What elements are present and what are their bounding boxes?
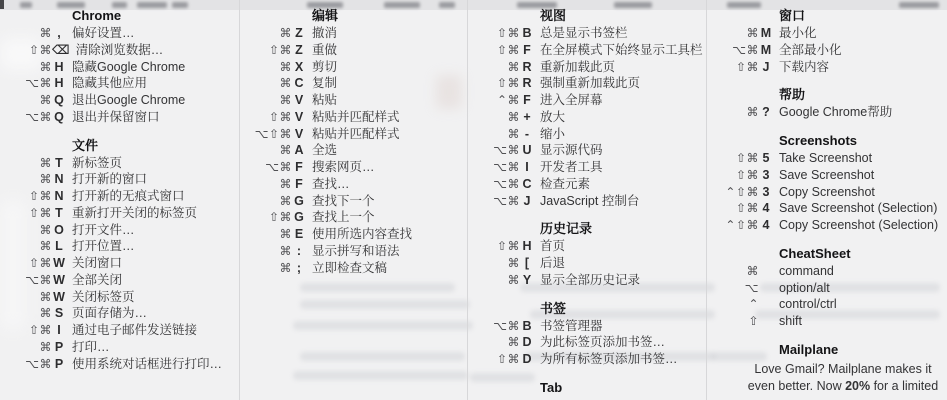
key-letter: N (52, 171, 66, 188)
shortcut-row[interactable]: ⌥⌘JJavaScript 控制台 (468, 193, 706, 210)
section-view: 视图⇧⌘B总是显示书签栏⇧⌘F在全屏模式下始终显示工具栏⌘R重新加载此页⇧⌘R强… (468, 6, 706, 209)
key-letter: F (292, 159, 306, 176)
shortcut-row[interactable]: ⌘D为此标签页添加书签… (468, 334, 706, 351)
key-letter: R (520, 59, 534, 76)
section-title-screenshots: Screenshots (707, 131, 946, 150)
section-title-edit: 编辑 (240, 6, 467, 25)
shortcut-row[interactable]: ⇧⌘I通过电子邮件发送链接 (0, 322, 239, 339)
shortcut-label: JavaScript 控制台 (540, 193, 639, 210)
section-title-chrome: Chrome (0, 6, 239, 25)
modifier-keys: ⇧⌘ (468, 42, 520, 59)
modifier-keys: ⌥⌘ (0, 109, 52, 126)
modifier-keys: ⌘ (707, 25, 759, 42)
shortcut-label: 搜索网页… (312, 159, 375, 176)
shortcut-row[interactable]: ⇧⌘G查找上一个 (240, 209, 467, 226)
key-letter: V (292, 126, 306, 143)
shortcut-row[interactable]: ⌥⌘C检查元素 (468, 176, 706, 193)
modifier-keys: ⇧⌘ (0, 205, 52, 222)
shortcut-label: Google Chrome帮助 (779, 104, 892, 121)
shortcut-row[interactable]: ⌃control/ctrl (707, 296, 946, 313)
key-letter: I (520, 159, 534, 176)
shortcut-label: 全部关闭 (72, 272, 122, 289)
shortcut-row[interactable]: ⌥⌘F搜索网页… (240, 159, 467, 176)
modifier-keys: ⇧⌘ (240, 209, 292, 226)
modifier-keys: ⌥⌘ (0, 272, 52, 289)
section-title-view: 视图 (468, 6, 706, 25)
shortcut-label: 撤消 (312, 25, 337, 42)
key-letter: F (292, 176, 306, 193)
shortcut-row[interactable]: ⌘M最小化 (707, 25, 946, 42)
key-letter: H (52, 59, 66, 76)
key-letter: ; (292, 260, 306, 277)
key-letter: D (520, 351, 534, 368)
shortcut-row[interactable]: ⇧⌘4Save Screenshot (Selection) (707, 200, 946, 217)
key-letter: S (52, 305, 66, 322)
modifier-keys: ⌘ (0, 59, 52, 76)
key-letter: U (520, 142, 534, 159)
key-letter: ? (759, 104, 773, 121)
modifier-keys: ⌘ (240, 59, 292, 76)
modifier-keys: ⌥⌘ (468, 193, 520, 210)
modifier-keys: ⌥⇧⌘ (240, 126, 292, 143)
promo-segment: for a limited (870, 379, 938, 393)
modifier-keys: ⌘ (240, 193, 292, 210)
shortcut-row[interactable]: ⇧⌘J下载内容 (707, 59, 946, 76)
shortcut-label: control/ctrl (779, 296, 837, 313)
column-view-history: 视图⇧⌘B总是显示书签栏⇧⌘F在全屏模式下始终显示工具栏⌘R重新加载此页⇧⌘R强… (468, 0, 707, 400)
section-title-history: 历史记录 (468, 219, 706, 238)
modifier-keys: ⌘ (240, 226, 292, 243)
key-letter: E (292, 226, 306, 243)
modifier-keys: ⌘ (240, 75, 292, 92)
key-letter: G (292, 193, 306, 210)
modifier-keys: ⇧⌘ (0, 255, 52, 272)
modifier-keys: ⌘ (468, 334, 520, 351)
modifier-keys: ⇧⌘ (707, 167, 759, 184)
shortcut-row[interactable]: ⇧⌘H首页 (468, 238, 706, 255)
shortcut-label: 为此标签页添加书签… (540, 334, 665, 351)
modifier-keys: ⇧⌘ (468, 25, 520, 42)
section-title-file: 文件 (0, 136, 239, 155)
column-edit: 编辑⌘Z撤消⇧⌘Z重做⌘X剪切⌘C复制⌘V粘贴⇧⌘V粘贴并匹配样式⌥⇧⌘V粘贴并… (240, 0, 468, 400)
shortcut-row[interactable]: ⌥⌘Q退出并保留窗口 (0, 109, 239, 126)
shortcut-row[interactable]: ⌘L打开位置… (0, 238, 239, 255)
key-letter: A (292, 142, 306, 159)
key-letter: C (520, 176, 534, 193)
shortcut-label: 下载内容 (779, 59, 829, 76)
shortcut-label: 显示源代码 (540, 142, 603, 159)
modifier-keys: ⌥⌘ (468, 142, 520, 159)
shortcut-label: 复制 (312, 75, 337, 92)
shortcut-label: 强制重新加载此页 (540, 75, 640, 92)
shortcut-row[interactable]: ⌘N打开新的窗口 (0, 171, 239, 188)
modifier-keys: ⌘ (0, 289, 52, 306)
column-window-help: 窗口⌘M最小化⌥⌘M全部最小化⇧⌘J下载内容帮助⌘?Google Chrome帮… (707, 0, 946, 400)
shortcut-label: 打开位置… (72, 238, 135, 255)
key-letter: V (292, 92, 306, 109)
section-help: 帮助⌘?Google Chrome帮助 (707, 85, 946, 121)
shortcut-row[interactable]: ⌘+放大 (468, 109, 706, 126)
section-history: 历史记录⇧⌘H首页⌘[后退⌘Y显示全部历史记录 (468, 219, 706, 288)
shortcut-label: 放大 (540, 109, 565, 126)
shortcut-label: 查找下一个 (312, 193, 375, 210)
shortcut-label: 隐藏其他应用 (72, 75, 147, 92)
modifier-keys: ⇧⌘ (707, 200, 759, 217)
key-letter: [ (520, 255, 534, 272)
shortcut-label: 缩小 (540, 126, 565, 143)
section-title-cheatsheet: CheatSheet (707, 244, 946, 263)
shortcut-row[interactable]: ⌘F查找… (240, 176, 467, 193)
shortcut-row[interactable]: ⌥option/alt (707, 280, 946, 297)
shortcut-label: 查找上一个 (312, 209, 375, 226)
key-letter: 3 (759, 167, 773, 184)
shortcut-label: 检查元素 (540, 176, 590, 193)
shortcut-row[interactable]: ⌘T新标签页 (0, 155, 239, 172)
shortcut-row[interactable]: ⇧⌘5Take Screenshot (707, 150, 946, 167)
key-letter: : (292, 243, 306, 260)
shortcut-label: Copy Screenshot (Selection) (779, 217, 938, 234)
key-letter: Y (520, 272, 534, 289)
shortcut-row[interactable]: ⇧⌘D为所有标签页添加书签… (468, 351, 706, 368)
shortcut-row[interactable]: ⇧⌘3Save Screenshot (707, 167, 946, 184)
key-letter: F (520, 92, 534, 109)
modifier-keys: ⌃⇧⌘ (707, 217, 759, 234)
shortcut-row[interactable]: ⇧⌘B总是显示书签栏 (468, 25, 706, 42)
key-letter: F (520, 42, 534, 59)
shortcut-columns: Chrome⌘,偏好设置…⇧⌘⌫清除浏览数据…⌘H隐藏Google Chrome… (0, 0, 947, 400)
shortcut-label: 通过电子邮件发送链接 (72, 322, 197, 339)
modifier-keys: ⌘ (707, 104, 759, 121)
promo-line: Love Gmail? Mailplane makes it (747, 361, 939, 378)
modifier-keys: ⌃ (707, 296, 759, 313)
shortcut-label: 首页 (540, 238, 565, 255)
modifier-keys: ⌘ (0, 339, 52, 356)
section-title-help: 帮助 (707, 85, 946, 104)
modifier-keys: ⌘ (0, 25, 52, 42)
shortcut-label: 查找… (312, 176, 350, 193)
shortcut-row[interactable]: ⇧⌘N打开新的无痕式窗口 (0, 188, 239, 205)
shortcut-label: 重做 (312, 42, 337, 59)
modifier-keys: ⌘ (468, 272, 520, 289)
shortcut-row[interactable]: ⌘E使用所选内容查找 (240, 226, 467, 243)
shortcut-row[interactable]: ⌘;立即检查文稿 (240, 260, 467, 277)
section-title-mailplane: Mailplane (707, 340, 946, 359)
shortcut-row[interactable]: ⌘Y显示全部历史记录 (468, 272, 706, 289)
shortcut-label: 打开文件… (72, 222, 135, 239)
modifier-keys: ⌘ (0, 238, 52, 255)
shortcut-row[interactable]: ⌥⌘U显示源代码 (468, 142, 706, 159)
shortcut-label: option/alt (779, 280, 830, 297)
key-letter: M (759, 25, 773, 42)
shortcut-row[interactable]: ⌘,偏好设置… (0, 25, 239, 42)
shortcut-row[interactable]: ⌘R重新加载此页 (468, 59, 706, 76)
modifier-keys: ⇧⌘ (240, 109, 292, 126)
shortcut-row[interactable]: ⌘?Google Chrome帮助 (707, 104, 946, 121)
shortcut-label: 全选 (312, 142, 337, 159)
key-letter: G (292, 209, 306, 226)
shortcut-row[interactable]: ⇧⌘F在全屏模式下始终显示工具栏 (468, 42, 706, 59)
column-chrome-file: Chrome⌘,偏好设置…⇧⌘⌫清除浏览数据…⌘H隐藏Google Chrome… (0, 0, 240, 400)
shortcut-label: 显示拼写和语法 (312, 243, 400, 260)
key-letter: T (52, 155, 66, 172)
modifier-keys: ⇧⌘ (707, 59, 759, 76)
modifier-keys: ⌘ (240, 260, 292, 277)
shortcut-row[interactable]: ⌃⇧⌘4Copy Screenshot (Selection) (707, 217, 946, 234)
key-letter: X (292, 59, 306, 76)
shortcut-label: 打开新的无痕式窗口 (72, 188, 185, 205)
modifier-keys: ⌘ (0, 171, 52, 188)
shortcut-label: 粘贴 (312, 92, 337, 109)
shortcut-label: 隐藏Google Chrome (72, 59, 185, 76)
shortcut-label: 使用系统对话框进行打印… (72, 356, 222, 373)
shortcut-label: 新标签页 (72, 155, 122, 172)
key-letter: - (520, 126, 534, 143)
shortcut-row[interactable]: ⇧⌘R强制重新加载此页 (468, 75, 706, 92)
section-window: 窗口⌘M最小化⌥⌘M全部最小化⇧⌘J下载内容 (707, 6, 946, 75)
shortcut-label: 进入全屏幕 (540, 92, 603, 109)
shortcut-row[interactable]: ⌘P打印… (0, 339, 239, 356)
shortcut-row[interactable]: ⌘A全选 (240, 142, 467, 159)
section-tab: Tab (468, 378, 706, 397)
shortcut-row[interactable]: ⌥⌘I开发者工具 (468, 159, 706, 176)
modifier-keys: ⌃⌘ (468, 92, 520, 109)
key-letter: 5 (759, 150, 773, 167)
key-letter: W (52, 272, 66, 289)
key-letter: H (52, 75, 66, 92)
modifier-keys: ⌘ (240, 176, 292, 193)
key-letter: V (292, 109, 306, 126)
key-letter: P (52, 356, 66, 373)
shortcut-label: 打印… (72, 339, 110, 356)
shortcut-row[interactable]: ⌃⇧⌘3Copy Screenshot (707, 184, 946, 201)
key-letter: 4 (759, 200, 773, 217)
shortcut-label: 退出并保留窗口 (72, 109, 160, 126)
shortcut-row[interactable]: ⇧shift (707, 313, 946, 330)
key-letter: R (520, 75, 534, 92)
modifier-keys: ⌥⌘ (0, 356, 52, 373)
modifier-keys: ⌘ (240, 25, 292, 42)
key-letter: 4 (759, 217, 773, 234)
section-bookmarks: 书签⌥⌘B书签管理器⌘D为此标签页添加书签…⇧⌘D为所有标签页添加书签… (468, 299, 706, 368)
shortcut-row[interactable]: ⌘-缩小 (468, 126, 706, 143)
shortcut-row[interactable]: ⌘Q退出Google Chrome (0, 92, 239, 109)
shortcut-label: 在全屏模式下始终显示工具栏 (540, 42, 703, 59)
modifier-keys: ⌥⌘ (0, 75, 52, 92)
modifier-keys: ⌥⌘ (468, 176, 520, 193)
key-letter: M (759, 42, 773, 59)
key-letter: P (52, 339, 66, 356)
modifier-keys: ⌘ (240, 243, 292, 260)
section-file: 文件⌘T新标签页⌘N打开新的窗口⇧⌘N打开新的无痕式窗口⇧⌘T重新打开关闭的标签… (0, 136, 239, 373)
key-letter: , (52, 25, 66, 42)
key-letter: D (520, 334, 534, 351)
section-title-tab: Tab (468, 378, 706, 397)
shortcut-row[interactable]: ⌥⌘H隐藏其他应用 (0, 75, 239, 92)
shortcut-label: 剪切 (312, 59, 337, 76)
modifier-keys: ⇧⌘ (0, 322, 52, 339)
modifier-keys: ⌘ (468, 126, 520, 143)
key-letter: 3 (759, 184, 773, 201)
key-letter: ⌫ (52, 42, 70, 59)
key-letter: H (520, 238, 534, 255)
modifier-keys: ⌘ (0, 222, 52, 239)
modifier-keys: ⌥⌘ (468, 318, 520, 335)
modifier-keys: ⇧⌘ (240, 42, 292, 59)
modifier-keys: ⌘ (468, 59, 520, 76)
shortcut-label: 显示全部历史记录 (540, 272, 640, 289)
key-letter: N (52, 188, 66, 205)
promo-segment: even better. Now (748, 379, 845, 393)
shortcut-row[interactable]: ⌘C复制 (240, 75, 467, 92)
section-screenshots: Screenshots⇧⌘5Take Screenshot⇧⌘3Save Scr… (707, 131, 946, 234)
shortcut-row[interactable]: ⌥⌘W全部关闭 (0, 272, 239, 289)
key-letter: B (520, 318, 534, 335)
shortcut-row[interactable]: ⌘W关闭标签页 (0, 289, 239, 306)
key-letter: J (759, 59, 773, 76)
shortcut-row[interactable]: ⌘:显示拼写和语法 (240, 243, 467, 260)
shortcut-label: 重新打开关闭的标签页 (72, 205, 197, 222)
shortcut-label: 页面存储为… (72, 305, 147, 322)
key-letter: I (52, 322, 66, 339)
key-letter: Z (292, 25, 306, 42)
key-letter: W (52, 255, 66, 272)
section-title-window: 窗口 (707, 6, 946, 25)
key-letter: Q (52, 92, 66, 109)
modifier-keys: ⌘ (468, 109, 520, 126)
key-letter: O (52, 222, 66, 239)
modifier-keys: ⌥⌘ (468, 159, 520, 176)
shortcut-label: 重新加载此页 (540, 59, 615, 76)
key-letter: B (520, 25, 534, 42)
shortcut-label: 清除浏览数据… (76, 42, 164, 59)
modifier-keys: ⇧⌘ (0, 42, 52, 59)
shortcut-label: Save Screenshot (Selection) (779, 200, 937, 217)
modifier-keys: ⌥⌘ (240, 159, 292, 176)
promo-segment: Love Gmail? Mailplane makes it (754, 362, 931, 376)
modifier-keys: ⇧⌘ (468, 351, 520, 368)
shortcut-row[interactable]: ⌘V粘贴 (240, 92, 467, 109)
modifier-keys: ⌘ (0, 155, 52, 172)
shortcut-label: Take Screenshot (779, 150, 872, 167)
section-cheatsheet: CheatSheet⌘command⌥option/alt⌃control/ct… (707, 244, 946, 330)
shortcut-row[interactable]: ⌘G查找下一个 (240, 193, 467, 210)
shortcut-row[interactable]: ⌘S页面存储为… (0, 305, 239, 322)
shortcut-label: Copy Screenshot (779, 184, 875, 201)
modifier-keys: ⇧⌘ (0, 188, 52, 205)
modifier-keys: ⌘ (0, 305, 52, 322)
shortcut-label: 粘贴并匹配样式 (312, 126, 400, 143)
shortcut-row[interactable]: ⇧⌘⌫清除浏览数据… (0, 42, 239, 59)
key-letter: Z (292, 42, 306, 59)
modifier-keys: ⌘ (707, 263, 759, 280)
shortcut-row[interactable]: ⌃⌘F进入全屏幕 (468, 92, 706, 109)
cheatsheet-overlay: Chrome⌘,偏好设置…⇧⌘⌫清除浏览数据…⌘H隐藏Google Chrome… (0, 0, 947, 400)
shortcut-row[interactable]: ⇧⌘Z重做 (240, 42, 467, 59)
shortcut-label: shift (779, 313, 802, 330)
modifier-keys: ⇧ (707, 313, 759, 330)
shortcut-label: 立即检查文稿 (312, 260, 387, 277)
section-mailplane: MailplaneLove Gmail? Mailplane makes ite… (707, 340, 946, 395)
shortcut-row[interactable]: ⌘O打开文件… (0, 222, 239, 239)
shortcut-label: command (779, 263, 834, 280)
shortcut-label: 关闭窗口 (72, 255, 122, 272)
key-letter: L (52, 238, 66, 255)
shortcut-row[interactable]: ⇧⌘T重新打开关闭的标签页 (0, 205, 239, 222)
shortcut-label: 粘贴并匹配样式 (312, 109, 400, 126)
shortcut-row[interactable]: ⌘Z撤消 (240, 25, 467, 42)
key-letter: + (520, 109, 534, 126)
section-title-bookmarks: 书签 (468, 299, 706, 318)
modifier-keys: ⇧⌘ (707, 150, 759, 167)
modifier-keys: ⌘ (0, 92, 52, 109)
shortcut-label: 退出Google Chrome (72, 92, 185, 109)
modifier-keys: ⌘ (468, 255, 520, 272)
shortcut-row[interactable]: ⌥⌘P使用系统对话框进行打印… (0, 356, 239, 373)
shortcut-row[interactable]: ⌘command (707, 263, 946, 280)
shortcut-row[interactable]: ⌘X剪切 (240, 59, 467, 76)
modifier-keys: ⌘ (240, 92, 292, 109)
shortcut-row[interactable]: ⌘[后退 (468, 255, 706, 272)
key-letter: J (520, 193, 534, 210)
shortcut-label: 为所有标签页添加书签… (540, 351, 678, 368)
shortcut-label: 书签管理器 (540, 318, 603, 335)
modifier-keys: ⌘ (240, 142, 292, 159)
modifier-keys: ⌃⇧⌘ (707, 184, 759, 201)
promo-text[interactable]: Love Gmail? Mailplane makes iteven bette… (747, 361, 939, 395)
shortcut-label: 偏好设置… (72, 25, 135, 42)
key-letter: T (52, 205, 66, 222)
modifier-keys: ⇧⌘ (468, 238, 520, 255)
shortcut-row[interactable]: ⌘H隐藏Google Chrome (0, 59, 239, 76)
shortcut-label: 关闭标签页 (72, 289, 135, 306)
key-letter: Q (52, 109, 66, 126)
modifier-keys: ⌥ (707, 280, 759, 297)
section-edit: 编辑⌘Z撤消⇧⌘Z重做⌘X剪切⌘C复制⌘V粘贴⇧⌘V粘贴并匹配样式⌥⇧⌘V粘贴并… (240, 6, 467, 276)
shortcut-label: 使用所选内容查找 (312, 226, 412, 243)
shortcut-row[interactable]: ⌥⌘M全部最小化 (707, 42, 946, 59)
section-chrome: Chrome⌘,偏好设置…⇧⌘⌫清除浏览数据…⌘H隐藏Google Chrome… (0, 6, 239, 126)
shortcut-label: 总是显示书签栏 (540, 25, 628, 42)
shortcut-row[interactable]: ⌥⌘B书签管理器 (468, 318, 706, 335)
promo-segment: 20% (845, 379, 870, 393)
key-letter: W (52, 289, 66, 306)
shortcut-label: 全部最小化 (779, 42, 842, 59)
promo-line: even better. Now 20% for a limited (747, 378, 939, 395)
shortcut-label: Save Screenshot (779, 167, 874, 184)
key-letter: C (292, 75, 306, 92)
shortcut-label: 后退 (540, 255, 565, 272)
shortcut-label: 最小化 (779, 25, 817, 42)
shortcut-row[interactable]: ⌥⇧⌘V粘贴并匹配样式 (240, 126, 467, 143)
shortcut-row[interactable]: ⇧⌘V粘贴并匹配样式 (240, 109, 467, 126)
modifier-keys: ⇧⌘ (468, 75, 520, 92)
shortcut-label: 打开新的窗口 (72, 171, 147, 188)
shortcut-row[interactable]: ⇧⌘W关闭窗口 (0, 255, 239, 272)
modifier-keys: ⌥⌘ (707, 42, 759, 59)
shortcut-label: 开发者工具 (540, 159, 603, 176)
